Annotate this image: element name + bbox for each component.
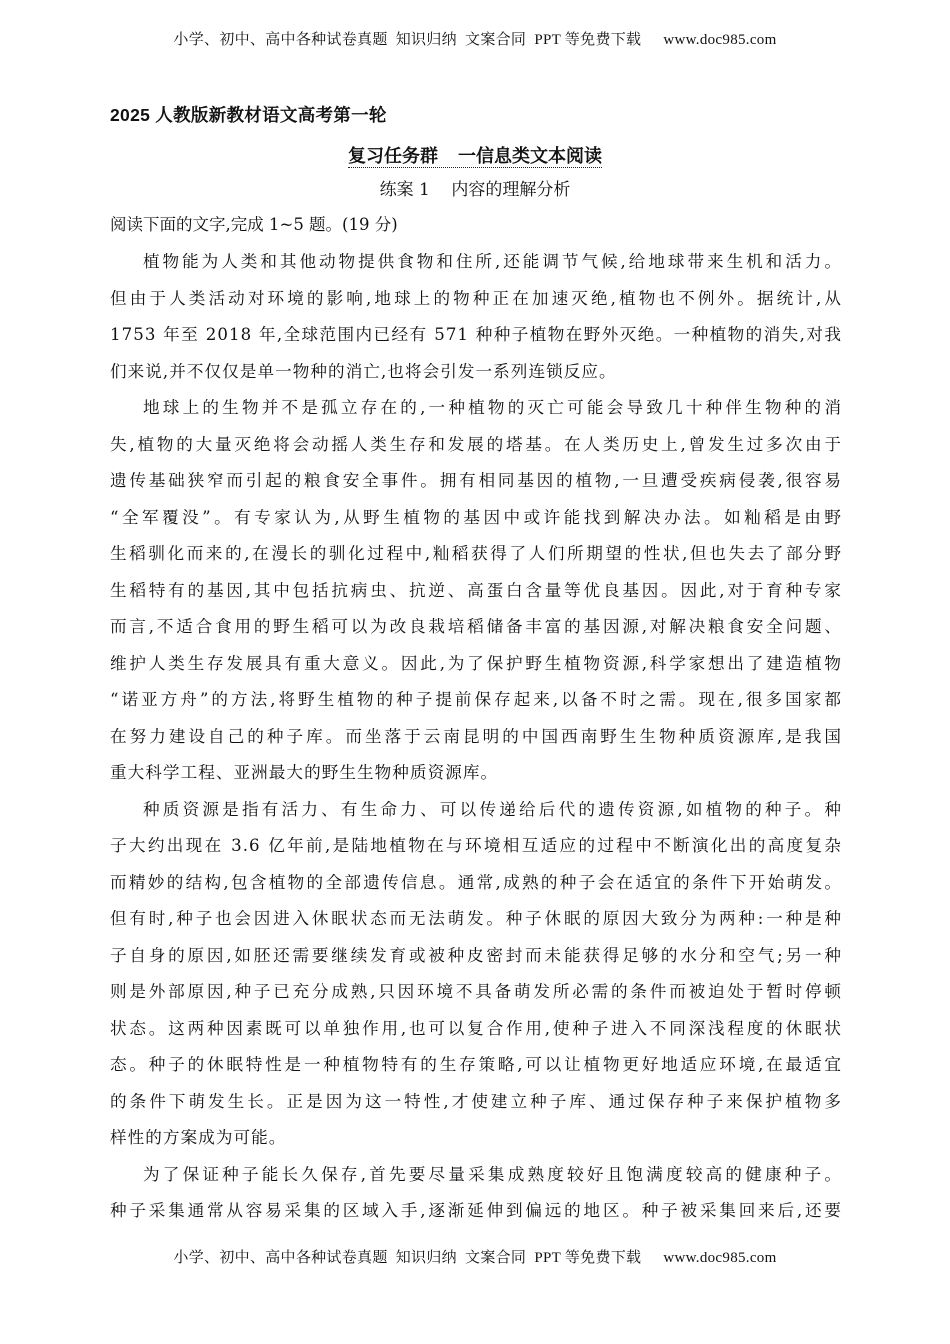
paragraph-1-line: 但由于人类活动对环境的影响,地球上的物种正在加速灭绝,植物也不例外。据统计,从 <box>110 281 842 318</box>
section-title: 复习任务群 一信息类文本阅读 <box>0 142 950 168</box>
paragraph-1-line: 植物能为人类和其他动物提供食物和住所,还能调节气候,给地球带来生机和活力。 <box>110 244 842 281</box>
header-website-link[interactable]: www.doc985.com <box>663 32 776 48</box>
paragraph-2-line: 失,植物的大量灭绝将会动摇人类生存和发展的塔基。在人类历史上,曾发生过多次由于 <box>110 427 842 464</box>
paragraph-3-line: 的条件下萌发生长。正是因为这一特性,才使建立种子库、通过保存种子来保护植物多 <box>110 1084 842 1121</box>
paragraph-3-line: 种质资源是指有活力、有生命力、可以传递给后代的遗传资源,如植物的种子。种 <box>110 792 842 829</box>
paragraph-3-line: 而精妙的结构,包含植物的全部遗传信息。通常,成熟的种子会在适宜的条件下开始萌发。 <box>110 865 842 902</box>
paragraph-3-line: 状态。这两种因素既可以单独作用,也可以复合作用,使种子进入不同深浅程度的休眠状 <box>110 1011 842 1048</box>
section-title-text: 复习任务群 一信息类文本阅读 <box>348 146 602 168</box>
paragraph-3-line: 态。种子的休眠特性是一种植物特有的生存策略,可以让植物更好地适应环境,在最适宜 <box>110 1047 842 1084</box>
paragraph-2-line: 重大科学工程、亚洲最大的野生生物种质资源库。 <box>110 755 842 792</box>
paragraph-1-line: 们来说,并不仅仅是单一物种的消亡,也将会引发一系列连锁反应。 <box>110 354 842 391</box>
paragraph-2-line: 遗传基础狭窄而引起的粮食安全事件。拥有相同基因的植物,一旦遭受疾病侵袭,很容易 <box>110 463 842 500</box>
paragraph-3-line: 子自身的原因,如胚还需要继续发育或被种皮密封而未能获得足够的水分和空气;另一种 <box>110 938 842 975</box>
passage-body: 植物能为人类和其他动物提供食物和住所,还能调节气候,给地球带来生机和活力。 但由… <box>110 244 842 1230</box>
footer-website-link[interactable]: www.doc985.com <box>663 1250 776 1266</box>
paragraph-3-line: 样性的方案成为可能。 <box>110 1120 842 1157</box>
header-promo-text: 小学、初中、高中各种试卷真题 知识归纳 文案合同 PPT 等免费下载 <box>173 32 641 48</box>
footer-promo-text: 小学、初中、高中各种试卷真题 知识归纳 文案合同 PPT 等免费下载 <box>173 1250 641 1266</box>
paragraph-2-line: 生稻驯化而来的,在漫长的驯化过程中,籼稻获得了人们所期望的性状,但也失去了部分野 <box>110 536 842 573</box>
series-title: 2025 人教版新教材语文高考第一轮 <box>110 102 387 127</box>
exercise-title: 练案 1 内容的理解分析 <box>0 175 950 200</box>
paragraph-2-line: 地球上的生物并不是孤立存在的,一种植物的灭亡可能会导致几十种伴生物种的消 <box>110 390 842 427</box>
reading-instructions: 阅读下面的文字,完成 1~5 题。(19 分) <box>110 211 398 235</box>
paragraph-3-line: 但有时,种子也会因进入休眠状态而无法萌发。种子休眠的原因大致分为两种:一种是种 <box>110 901 842 938</box>
paragraph-2-line: 在努力建设自己的种子库。而坐落于云南昆明的中国西南野生生物种质资源库,是我国 <box>110 719 842 756</box>
paragraph-2-line: “诺亚方舟”的方法,将野生植物的种子提前保存起来,以备不时之需。现在,很多国家都 <box>110 682 842 719</box>
paragraph-2-line: 维护人类生存发展具有重大意义。因此,为了保护野生植物资源,科学家想出了建造植物 <box>110 646 842 683</box>
paragraph-3-line: 则是外部原因,种子已充分成熟,只因环境不具备萌发所必需的条件而被迫处于暂时停顿 <box>110 974 842 1011</box>
paragraph-4-line: 为了保证种子能长久保存,首先要尽量采集成熟度较好且饱满度较高的健康种子。 <box>110 1157 842 1194</box>
paragraph-2-line: 生稻特有的基因,其中包括抗病虫、抗逆、高蛋白含量等优良基因。因此,对于育种专家 <box>110 573 842 610</box>
page-header: 小学、初中、高中各种试卷真题 知识归纳 文案合同 PPT 等免费下载www.do… <box>0 28 950 49</box>
paragraph-2-line: “全军覆没”。有专家认为,从野生植物的基因中或许能找到解决办法。如籼稻是由野 <box>110 500 842 537</box>
page-footer: 小学、初中、高中各种试卷真题 知识归纳 文案合同 PPT 等免费下载www.do… <box>0 1246 950 1267</box>
paragraph-4-line: 种子采集通常从容易采集的区域入手,逐渐延伸到偏远的地区。种子被采集回来后,还要 <box>110 1193 842 1230</box>
paragraph-3-line: 子大约出现在 3.6 亿年前,是陆地植物在与环境相互适应的过程中不断演化出的高度… <box>110 828 842 865</box>
paragraph-2-line: 而言,不适合食用的野生稻可以为改良栽培稻储备丰富的基因源,对解决粮食安全问题、 <box>110 609 842 646</box>
paragraph-1-line: 1753 年至 2018 年,全球范围内已经有 571 种种子植物在野外灭绝。一… <box>110 317 842 354</box>
